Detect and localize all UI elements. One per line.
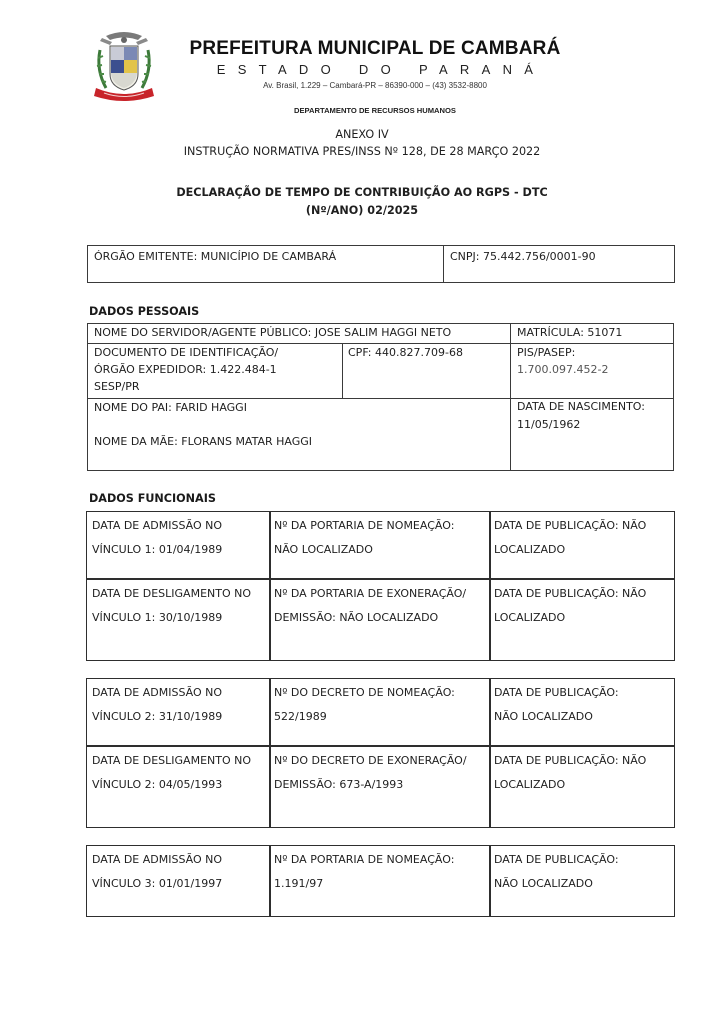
admission-date: DATA DE ADMISSÃO NO VÍNCULO 1: 01/04/198… xyxy=(92,514,222,562)
cell-line: DATA DE ADMISSÃO NO xyxy=(92,681,222,705)
cell-line: VÍNCULO 1: 30/10/1989 xyxy=(92,606,251,630)
cell-line: DATA DE PUBLICAÇÃO: xyxy=(494,848,619,872)
birth-date: DATA DE NASCIMENTO: 11/05/1962 xyxy=(517,398,645,434)
employment-table-1: DATA DE ADMISSÃO NO VÍNCULO 1: 01/04/198… xyxy=(86,511,675,661)
cell-line: Nº DO DECRETO DE NOMEAÇÃO: xyxy=(274,681,455,705)
birth-date-label: DATA DE NASCIMENTO: xyxy=(517,398,645,416)
cell-line: DATA DE DESLIGAMENTO NO xyxy=(92,582,251,606)
cell-line: NÃO LOCALIZADO xyxy=(494,872,619,896)
cell-line: VÍNCULO 2: 31/10/1989 xyxy=(92,705,222,729)
appointment-ordinance: Nº DA PORTARIA DE NOMEAÇÃO: 1.191/97 xyxy=(274,848,454,896)
cell-line: 1.191/97 xyxy=(274,872,454,896)
cell-line: LOCALIZADO xyxy=(494,606,646,630)
pis-pasep-value: 1.700.097.452-2 xyxy=(517,361,608,378)
appointment-ordinance: Nº DA PORTARIA DE NOMEAÇÃO: NÃO LOCALIZA… xyxy=(274,514,454,562)
cell-line: LOCALIZADO xyxy=(494,773,646,797)
coat-of-arms-icon xyxy=(92,30,156,104)
employment-table-2: DATA DE ADMISSÃO NO VÍNCULO 2: 31/10/198… xyxy=(86,678,675,828)
termination-date: DATA DE DESLIGAMENTO NO VÍNCULO 1: 30/10… xyxy=(92,582,251,630)
cell-line: Nº DA PORTARIA DE NOMEAÇÃO: xyxy=(274,848,454,872)
cell-line: DATA DE PUBLICAÇÃO: NÃO xyxy=(494,514,646,538)
cell-line: Nº DA PORTARIA DE EXONERAÇÃO/ xyxy=(274,582,466,606)
declaration-title: DECLARAÇÃO DE TEMPO DE CONTRIBUIÇÃO AO R… xyxy=(0,186,724,199)
personal-data-table: NOME DO SERVIDOR/AGENTE PÚBLICO: JOSE SA… xyxy=(87,323,674,471)
cell-line: DATA DE PUBLICAÇÃO: NÃO xyxy=(494,582,646,606)
issuer-organ: ÓRGÃO EMITENTE: MUNICÍPIO DE CAMBARÁ xyxy=(94,247,336,267)
cpf-number: CPF: 440.827.709-68 xyxy=(348,343,463,363)
cell-line: DATA DE PUBLICAÇÃO: xyxy=(494,681,619,705)
termination-date: DATA DE DESLIGAMENTO NO VÍNCULO 2: 04/05… xyxy=(92,749,251,797)
cell-line: 522/1989 xyxy=(274,705,455,729)
birth-date-value: 11/05/1962 xyxy=(517,416,645,434)
department-name: DEPARTAMENTO DE RECURSOS HUMANOS xyxy=(150,106,600,115)
cell-line: DEMISSÃO: NÃO LOCALIZADO xyxy=(274,606,466,630)
issuer-cnpj: CNPJ: 75.442.756/0001-90 xyxy=(450,247,596,267)
admission-date: DATA DE ADMISSÃO NO VÍNCULO 3: 01/01/199… xyxy=(92,848,222,896)
pis-pasep-label: PIS/PASEP: xyxy=(517,344,608,361)
cell-line: VÍNCULO 2: 04/05/1993 xyxy=(92,773,251,797)
pis-pasep: PIS/PASEP: 1.700.097.452-2 xyxy=(517,344,608,378)
publication-date: DATA DE PUBLICAÇÃO: NÃO LOCALIZADO xyxy=(494,582,646,630)
identity-document-line: ÓRGÃO EXPEDIDOR: 1.422.484-1 xyxy=(94,361,278,378)
functional-data-heading: DADOS FUNCIONAIS xyxy=(89,492,216,505)
letterhead-address: Av. Brasil, 1.229 – Cambará-PR – 86390-0… xyxy=(150,81,600,90)
publication-date: DATA DE PUBLICAÇÃO: NÃO LOCALIZADO xyxy=(494,848,619,896)
declaration-number: (Nº/ANO) 02/2025 xyxy=(0,204,724,217)
cell-line: Nº DA PORTARIA DE NOMEAÇÃO: xyxy=(274,514,454,538)
identity-document-line: SESP/PR xyxy=(94,378,278,395)
cell-line: NÃO LOCALIZADO xyxy=(494,705,619,729)
issuer-table: ÓRGÃO EMITENTE: MUNICÍPIO DE CAMBARÁ CNP… xyxy=(87,245,675,283)
identity-document-line: DOCUMENTO DE IDENTIFICAÇÃO/ xyxy=(94,344,278,361)
father-name: NOME DO PAI: FARID HAGGI xyxy=(94,398,247,418)
publication-date: DATA DE PUBLICAÇÃO: NÃO LOCALIZADO xyxy=(494,514,646,562)
appointment-decree: Nº DO DECRETO DE NOMEAÇÃO: 522/1989 xyxy=(274,681,455,729)
cell-line: NÃO LOCALIZADO xyxy=(274,538,454,562)
dismissal-decree: Nº DO DECRETO DE EXONERAÇÃO/ DEMISSÃO: 6… xyxy=(274,749,467,797)
cell-line: VÍNCULO 1: 01/04/1989 xyxy=(92,538,222,562)
annex-label: ANEXO IV xyxy=(0,128,724,141)
admission-date: DATA DE ADMISSÃO NO VÍNCULO 2: 31/10/198… xyxy=(92,681,222,729)
cell-line: VÍNCULO 3: 01/01/1997 xyxy=(92,872,222,896)
cell-line: DATA DE ADMISSÃO NO xyxy=(92,848,222,872)
cell-line: DEMISSÃO: 673-A/1993 xyxy=(274,773,467,797)
letterhead-state: ESTADO DO PARANÁ xyxy=(150,62,600,77)
letterhead-title: PREFEITURA MUNICIPAL DE CAMBARÁ xyxy=(150,38,600,60)
publication-date: DATA DE PUBLICAÇÃO: NÃO LOCALIZADO xyxy=(494,749,646,797)
registration-number: MATRÍCULA: 51071 xyxy=(517,323,622,343)
publication-date: DATA DE PUBLICAÇÃO: NÃO LOCALIZADO xyxy=(494,681,619,729)
normative-instruction: INSTRUÇÃO NORMATIVA PRES/INSS Nº 128, DE… xyxy=(0,145,724,158)
cell-line: DATA DE PUBLICAÇÃO: NÃO xyxy=(494,749,646,773)
personal-data-heading: DADOS PESSOAIS xyxy=(89,305,199,318)
cell-line: LOCALIZADO xyxy=(494,538,646,562)
cell-line: DATA DE ADMISSÃO NO xyxy=(92,514,222,538)
employment-table-3: DATA DE ADMISSÃO NO VÍNCULO 3: 01/01/199… xyxy=(86,845,675,917)
cell-line: DATA DE DESLIGAMENTO NO xyxy=(92,749,251,773)
identity-document: DOCUMENTO DE IDENTIFICAÇÃO/ ÓRGÃO EXPEDI… xyxy=(94,344,278,395)
mother-name: NOME DA MÃE: FLORANS MATAR HAGGI xyxy=(94,432,312,452)
cell-line: Nº DO DECRETO DE EXONERAÇÃO/ xyxy=(274,749,467,773)
dismissal-ordinance: Nº DA PORTARIA DE EXONERAÇÃO/ DEMISSÃO: … xyxy=(274,582,466,630)
servant-name: NOME DO SERVIDOR/AGENTE PÚBLICO: JOSE SA… xyxy=(94,323,451,343)
